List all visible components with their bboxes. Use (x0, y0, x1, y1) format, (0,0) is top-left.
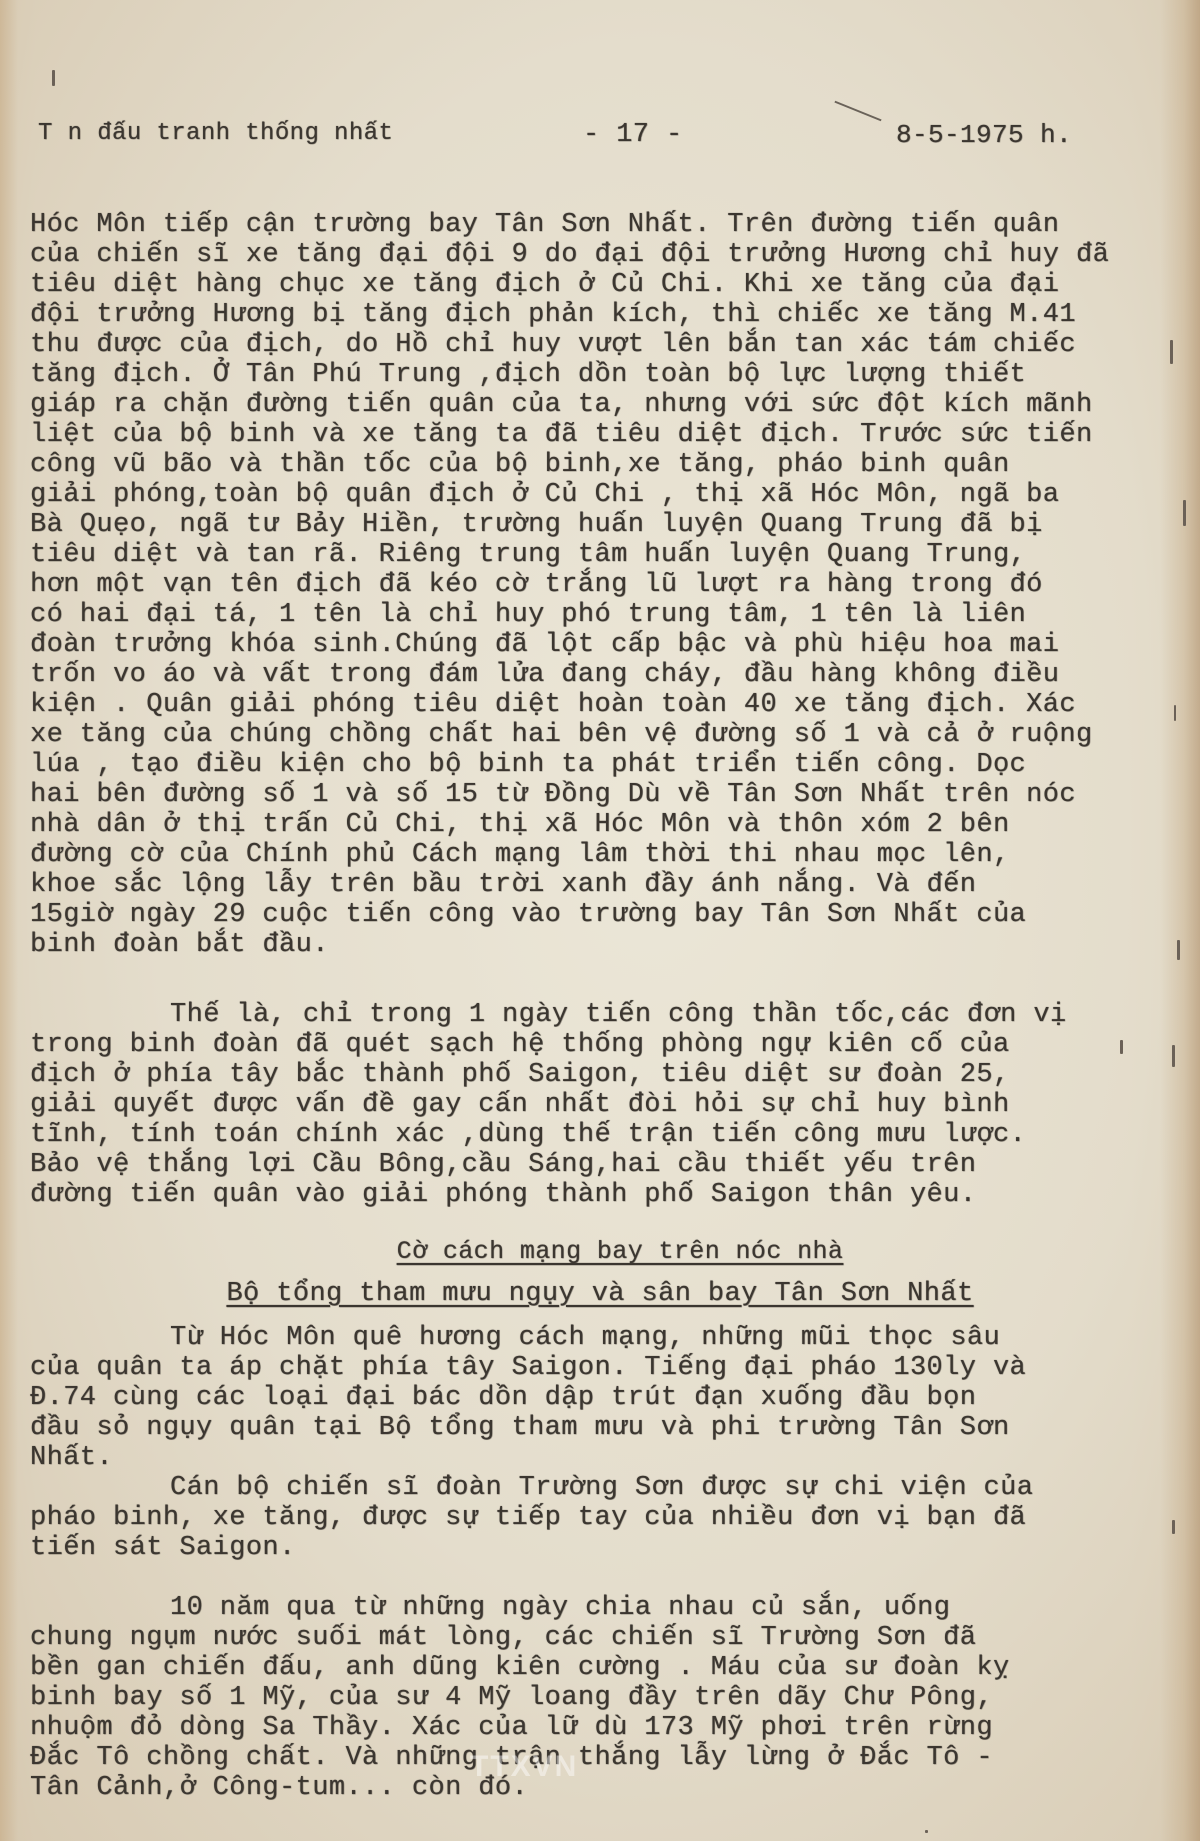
margin-mark (1172, 1045, 1175, 1067)
text-line: giáp ra chặn đường tiến quân của ta, như… (30, 390, 1150, 420)
header-date: 8-5-1975 h. (896, 120, 1072, 150)
text-line: hai bên đường số 1 và số 15 từ Đồng Dù v… (30, 780, 1150, 810)
document-page: T n đấu tranh thống nhất - 17 - 8-5-1975… (0, 0, 1200, 1841)
text-line: 15giờ ngày 29 cuộc tiến công vào trường … (30, 900, 1150, 930)
text-line: Hóc Môn tiếp cận trường bay Tân Sơn Nhất… (30, 210, 1150, 240)
text-line: binh bay số 1 Mỹ, của sư 4 Mỹ loang đầy … (30, 1683, 1150, 1713)
text-line: liệt của bộ binh và xe tăng ta đã tiêu d… (30, 420, 1150, 450)
text-line: bền gan chiến đấu, anh dũng kiên cường .… (30, 1653, 1150, 1683)
text-line: Đ.74 cùng các loại đại bác dồn dập trút … (30, 1383, 1150, 1413)
text-line: nhuộm đỏ dòng Sa Thầy. Xác của lữ dù 173… (30, 1713, 1150, 1743)
margin-mark (925, 1830, 928, 1833)
section-heading-1: Cờ cách mạng bay trên nóc nhà (397, 1232, 844, 1272)
section-headings: Cờ cách mạng bay trên nóc nhà Bộ tổng th… (0, 1232, 1200, 1316)
text-line: tiêu diệt hàng chục xe tăng địch ở Củ Ch… (30, 270, 1150, 300)
text-line: giải quyết được vấn đề gay cấn nhất đòi … (30, 1090, 1150, 1120)
margin-mark (1170, 340, 1173, 364)
page-number: - 17 - (583, 120, 683, 150)
text-line: đường tiến quân vào giải phóng thành phố… (30, 1180, 1150, 1210)
text-line: hơn một vạn tên địch đã kéo cờ trắng lũ … (30, 570, 1150, 600)
text-line: đoàn trưởng khóa sinh.Chúng đã lột cấp b… (30, 630, 1150, 660)
text-line: đội trưởng Hương bị tăng địch phản kích,… (30, 300, 1150, 330)
text-line: pháo binh, xe tăng, được sự tiếp tay của… (30, 1503, 1150, 1533)
paper-edge-left (0, 0, 18, 1841)
text-line: Cán bộ chiến sĩ đoàn Trường Sơn được sự … (30, 1473, 1150, 1503)
text-line: thu được của địch, do Hồ chỉ huy vượt lê… (30, 330, 1150, 360)
text-line: tăng địch. Ở Tân Phú Trung ,địch dồn toà… (30, 360, 1150, 390)
text-line: tiến sát Saigon. (30, 1533, 1150, 1563)
text-line: tĩnh, tính toán chính xác ,dùng thế trận… (30, 1120, 1150, 1150)
text-line: trốn vo áo và vất trong đám lửa đang chá… (30, 660, 1150, 690)
text-line: kiện . Quân giải phóng tiêu diệt hoàn to… (30, 690, 1150, 720)
text-line: binh đoàn bắt đầu. (30, 930, 1150, 960)
margin-mark (1177, 940, 1180, 960)
text-line: Bà Quẹo, ngã tư Bảy Hiền, trường huấn lu… (30, 510, 1150, 540)
text-line: công vũ bão và thần tốc của bộ binh,xe t… (30, 450, 1150, 480)
text-line: đầu sỏ ngụy quân tại Bộ tổng tham mưu và… (30, 1413, 1150, 1443)
text-line: tiêu diệt và tan rã. Riêng trung tâm huấ… (30, 540, 1150, 570)
paragraph-4: Cán bộ chiến sĩ đoàn Trường Sơn được sự … (30, 1473, 1150, 1563)
paper-edge-right (1160, 0, 1200, 1841)
text-line: giải phóng,toàn bộ quân địch ở Củ Chi , … (30, 480, 1150, 510)
text-line: lúa , tạo điều kiện cho bộ binh ta phát … (30, 750, 1150, 780)
margin-mark (52, 70, 55, 86)
text-line: Bảo vệ thắng lợi Cầu Bông,cầu Sáng,hai c… (30, 1150, 1150, 1180)
text-line: trong binh đoàn đã quét sạch hệ thống ph… (30, 1030, 1150, 1060)
margin-mark (1172, 1520, 1175, 1534)
text-line: đường cờ của Chính phủ Cách mạng lâm thờ… (30, 840, 1150, 870)
margin-mark (1174, 705, 1176, 721)
section-heading-2: Bộ tổng tham mưu ngụy và sân bay Tân Sơn… (226, 1274, 973, 1314)
watermark: TTXVN (470, 1750, 750, 1790)
text-line: của chiến sĩ xe tăng đại đội 9 do đại độ… (30, 240, 1150, 270)
paragraph-3: Từ Hóc Môn quê hương cách mạng, những mũ… (30, 1323, 1150, 1473)
page-header: T n đấu tranh thống nhất - 17 - 8-5-1975… (38, 120, 1118, 160)
text-line: nhà dân ở thị trấn Củ Chi, thị xã Hóc Mô… (30, 810, 1150, 840)
text-line: Từ Hóc Môn quê hương cách mạng, những mũ… (30, 1323, 1150, 1353)
text-line: có hai đại tá, 1 tên là chỉ huy phó trun… (30, 600, 1150, 630)
text-line: của quân ta áp chặt phía tây Saigon. Tiế… (30, 1353, 1150, 1383)
margin-mark (1183, 500, 1186, 526)
paragraph-2: Thế là, chỉ trong 1 ngày tiến công thần … (30, 1000, 1150, 1210)
text-line: 10 năm qua từ những ngày chia nhau củ sắ… (30, 1593, 1150, 1623)
text-line: khoe sắc lộng lẫy trên bầu trời xanh đầy… (30, 870, 1150, 900)
text-line: Nhất. (30, 1443, 1150, 1473)
text-line: chung ngụm nước suối mát lòng, các chiến… (30, 1623, 1150, 1653)
text-line: Thế là, chỉ trong 1 ngày tiến công thần … (30, 1000, 1150, 1030)
pen-mark (834, 101, 881, 122)
margin-mark (1120, 1040, 1123, 1054)
text-line: địch ở phía tây bắc thành phố Saigon, ti… (30, 1060, 1150, 1090)
header-title: T n đấu tranh thống nhất (38, 120, 393, 147)
paragraph-1: Hóc Môn tiếp cận trường bay Tân Sơn Nhất… (30, 210, 1150, 960)
text-line: xe tăng của chúng chồng chất hai bên vệ … (30, 720, 1150, 750)
